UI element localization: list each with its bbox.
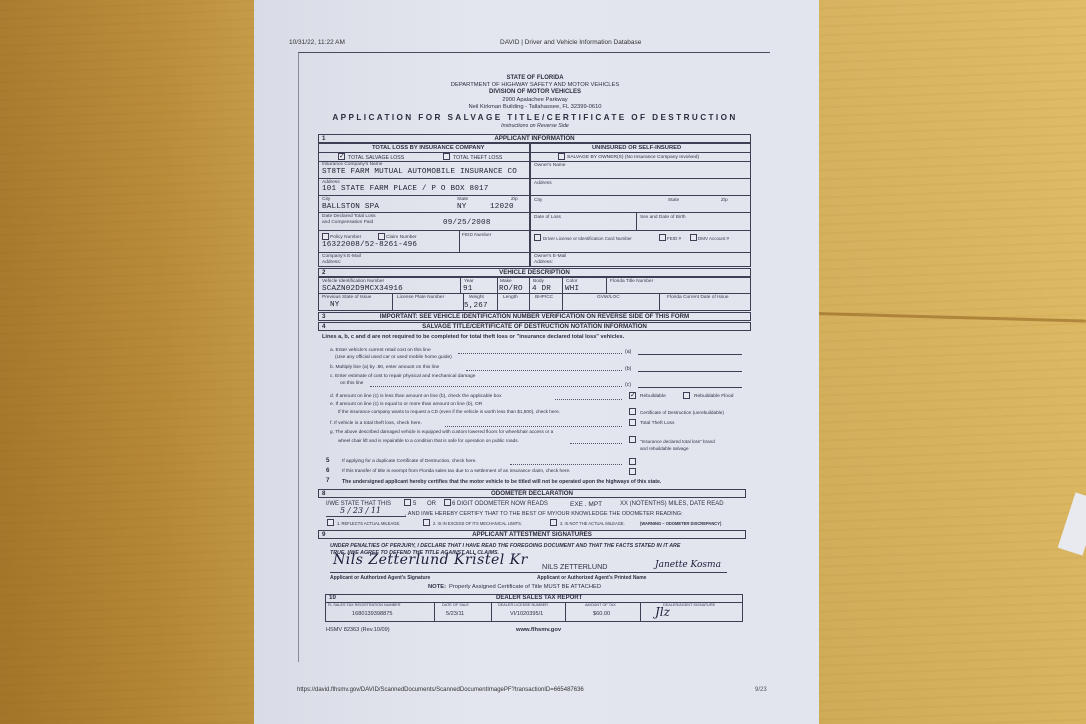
date-read-line bbox=[326, 516, 406, 517]
duplicate-cd-checkbox[interactable] bbox=[629, 458, 636, 465]
company-name-value: ST8TE FARM MUTUAL AUTOMOBILE INSURANCE C… bbox=[322, 168, 517, 176]
company-zip-label: Zip bbox=[511, 197, 518, 202]
rule bbox=[659, 293, 660, 311]
line-a-input[interactable] bbox=[638, 354, 742, 355]
year-label: Year bbox=[464, 279, 474, 284]
tax-registration-value: 1680139398875 bbox=[352, 611, 392, 617]
bhp-label: BHP/CC bbox=[535, 295, 553, 300]
section7-text: The undersigned applicant hereby certifi… bbox=[342, 479, 661, 485]
excess-limits-checkbox[interactable] bbox=[423, 519, 430, 526]
line-c-input[interactable] bbox=[638, 387, 742, 388]
plate-label: License Plate Number bbox=[397, 295, 444, 300]
company-zip-value: 12020 bbox=[490, 203, 514, 211]
tax-col-registration: FL SALES TAX REGISTRATION NUMBER bbox=[328, 603, 400, 607]
make-label: Make bbox=[500, 279, 512, 284]
five-digit-checkbox[interactable] bbox=[404, 499, 411, 506]
line-e-text: e. If amount on line (c) is equal to or … bbox=[330, 402, 482, 407]
signature-line bbox=[330, 572, 550, 573]
leader-dots bbox=[370, 386, 622, 387]
line-b-input[interactable] bbox=[638, 371, 742, 372]
fl-date-label: Florida Current Date of Issue bbox=[667, 295, 729, 300]
owner-feid-label: FEID # bbox=[667, 236, 681, 241]
actual-mileage-checkbox[interactable] bbox=[327, 519, 334, 526]
print-page-title: DAVID | Driver and Vehicle Information D… bbox=[500, 39, 641, 46]
owner-address-label: Address bbox=[534, 181, 552, 186]
section2-header: 2 VEHICLE DESCRIPTION bbox=[318, 268, 751, 277]
date-declared-label-2: and Compensation Paid bbox=[322, 220, 373, 225]
not-actual-label: 3. IS NOT THE ACTUAL MILEAGE. bbox=[560, 521, 625, 526]
date-read-value: 5 / 23 / 11 bbox=[340, 506, 381, 515]
signature-label: Applicant or Authorized Agent's Signatur… bbox=[330, 575, 430, 581]
tax-col-amount: AMOUNT OF TAX bbox=[585, 603, 616, 607]
rule bbox=[491, 602, 492, 622]
dmv-account-label: DMV Account # bbox=[698, 236, 729, 241]
note-text: Properly Assigned Certificate of Title M… bbox=[449, 584, 601, 590]
owner-email-label: Owner's E-Mail bbox=[534, 254, 566, 259]
tax-col-date: DATE OF SALE bbox=[442, 603, 469, 607]
note-prefix: NOTE: bbox=[428, 584, 446, 590]
policy-claim-value: 16322008/52-8261-496 bbox=[322, 241, 417, 249]
tax-date-value: 5/23/11 bbox=[446, 611, 464, 617]
line-c-text: c. Enter estimate of cost to repair phys… bbox=[330, 374, 475, 379]
prev-state-value: NY bbox=[330, 301, 340, 309]
form-number: HSMV 82363 (Rev.10/09) bbox=[326, 627, 390, 633]
rule bbox=[565, 602, 566, 622]
tax-col-license: DEALER LICENSE NUMBER bbox=[498, 603, 548, 607]
body-label: Body bbox=[533, 279, 544, 284]
rule bbox=[562, 293, 563, 311]
owner-title: UNINSURED OR SELF-INSURED bbox=[592, 145, 681, 151]
date-declared-value: 09/25/2008 bbox=[443, 219, 491, 227]
prev-state-label: Previous State of Issue bbox=[322, 295, 371, 300]
line-c-subtext: on this line bbox=[340, 381, 363, 386]
printed-name-label: Applicant or Authorized Agent's Printed … bbox=[537, 575, 646, 581]
actual-mileage-label: 1. REFLECTS ACTUAL MILEAGE. bbox=[337, 521, 400, 526]
salvage-by-owner-checkbox[interactable] bbox=[558, 153, 565, 160]
rule bbox=[640, 602, 641, 622]
leader-dots bbox=[510, 464, 622, 465]
applicant-signature: Nils Zetterlund Kristel Kr bbox=[333, 552, 528, 568]
certificate-destruction-checkbox[interactable] bbox=[629, 408, 636, 415]
rebuildable-flood-label: Rebuildable Flood bbox=[694, 394, 733, 399]
owner-zip-label: Zip bbox=[721, 198, 728, 203]
rule bbox=[318, 293, 751, 294]
weight-value: 5,267 bbox=[464, 302, 488, 310]
line-g-subtext: wheel chair lift and is repairable to a … bbox=[338, 438, 519, 443]
rule bbox=[529, 277, 530, 311]
line-a-subtext: (Use any official used car or used mobil… bbox=[335, 355, 452, 360]
section10-number: 10 bbox=[329, 594, 336, 601]
driver-license-checkbox[interactable] bbox=[534, 234, 541, 241]
section7-number: 7 bbox=[326, 477, 329, 484]
owner-state-label: State bbox=[668, 198, 679, 203]
leader-dots bbox=[458, 353, 622, 354]
line-b-tag: (b) bbox=[625, 366, 631, 372]
six-digit-label: 6 DIGIT ODOMETER NOW READS bbox=[452, 501, 548, 507]
line-f-text: f. If vehicle is a total theft loss, che… bbox=[330, 421, 422, 426]
printed-name-value: NILS ZETTERLUND bbox=[542, 562, 608, 571]
vin-value: SCAZN02D9MCX34916 bbox=[322, 285, 403, 293]
claim-number-checkbox[interactable] bbox=[378, 233, 385, 240]
line-a-tag: (a) bbox=[625, 349, 631, 355]
line-d-text: d. If amount on line (c) is less than am… bbox=[330, 394, 502, 399]
rule bbox=[434, 602, 435, 622]
address-line-1: 2900 Apalachee Parkway bbox=[300, 97, 770, 104]
section3-header: 3 IMPORTANT: SEE VEHICLE IDENTIFICATION … bbox=[318, 312, 751, 321]
salvage-by-owner-label: SALVAGE BY OWNER(S) (No Insurance Compan… bbox=[567, 155, 699, 160]
address-line-2: Neil Kirkman Building - Tallahassee, FL … bbox=[300, 104, 770, 111]
tax-license-value: VI/1020395/1 bbox=[510, 611, 543, 617]
print-url: https://david.flhsmv.gov/DAVID/ScannedDo… bbox=[297, 687, 584, 693]
company-state-value: NY bbox=[457, 203, 467, 211]
odometer-warning: (WARNING – ODOMETER DISCREPANCY) bbox=[640, 521, 721, 526]
certificate-destruction-label: Certificate of Destruction (unrebuildabl… bbox=[640, 410, 724, 415]
section5-text: If applying for a duplicate Certificate … bbox=[342, 459, 477, 464]
owner-name-label: Owner's Name bbox=[534, 163, 566, 168]
line-a-text: a. Enter vehicle's current retail cost o… bbox=[330, 348, 431, 353]
fl-title-number-label: Florida Title Number bbox=[610, 279, 653, 284]
or-label: OR bbox=[427, 501, 436, 507]
section5-number: 5 bbox=[326, 457, 329, 464]
rule bbox=[318, 178, 751, 179]
insurance-declared-label-2: and rebuildable salvage bbox=[640, 446, 689, 451]
company-email-label-2: Address: bbox=[322, 260, 341, 265]
perjury-statement: UNDER PENALTIES OF PERJURY, I DECLARE TH… bbox=[330, 543, 680, 549]
owner-email-label-2: Address: bbox=[534, 260, 553, 265]
weight-label: Weight bbox=[469, 295, 484, 300]
leader-dots bbox=[570, 443, 622, 444]
line-b-text: b. Multiply line (a) by .80, enter amoun… bbox=[330, 365, 439, 370]
total-theft-label: Total Theft Loss bbox=[640, 421, 674, 426]
gvw-label: GVW/LOC bbox=[597, 295, 620, 300]
section6-text: If this transfer of title is exempt from… bbox=[342, 469, 571, 474]
insurance-declared-checkbox[interactable] bbox=[629, 436, 636, 443]
line-e-subtext: If the insurance company wants to reques… bbox=[338, 409, 560, 414]
rule bbox=[318, 230, 751, 231]
company-address-value: 101 STATE FARM PLACE / P O BOX 8017 bbox=[322, 185, 489, 193]
total-theft-checkbox[interactable] bbox=[629, 419, 636, 426]
five-digit-label: 5 bbox=[413, 501, 416, 507]
rule bbox=[460, 277, 461, 293]
color-label: Color bbox=[566, 279, 577, 284]
policy-number-checkbox[interactable] bbox=[322, 233, 329, 240]
line-g-text: g. The above described damaged vehicle i… bbox=[330, 429, 553, 434]
form-title: APPLICATION FOR SALVAGE TITLE/CERTIFICAT… bbox=[300, 113, 770, 123]
date-of-loss-label: Date of Loss bbox=[534, 215, 561, 220]
total-salvage-loss-checkbox[interactable]: ✓ bbox=[338, 153, 345, 160]
section4-note: Lines a, b, c and d are not required to … bbox=[322, 334, 624, 340]
color-value: WHI bbox=[565, 285, 579, 293]
date-declared-label: Date Declared Total Loss bbox=[322, 214, 376, 219]
section8-header: 8 ODOMETER DECLARATION bbox=[318, 489, 746, 498]
rule bbox=[318, 195, 751, 196]
policy-number-label: Policy Number bbox=[330, 235, 361, 240]
section1-header: 1 APPLICANT INFORMATION bbox=[318, 134, 751, 143]
rule bbox=[636, 212, 637, 230]
instructions-note: Instructions on Reverse Side bbox=[300, 123, 770, 130]
company-city-value: BALLSTON SPA bbox=[322, 203, 379, 211]
insurance-title: TOTAL LOSS BY INSURANCE COMPANY bbox=[372, 145, 485, 151]
year-value: 91 bbox=[463, 285, 473, 293]
tax-col-signature: DEALER/AGENT SIGNATURE bbox=[663, 603, 715, 607]
rule bbox=[497, 293, 498, 311]
make-value: RO/RO bbox=[499, 285, 523, 293]
sex-dob-label: Sex and Date of Birth bbox=[640, 215, 686, 220]
company-city-label: City bbox=[322, 197, 330, 202]
rule bbox=[318, 152, 751, 153]
vin-label: Vehicle Identification Number bbox=[322, 279, 384, 284]
six-digit-checkbox[interactable] bbox=[444, 499, 451, 506]
odometer-line2: , AND I/WE HEREBY CERTIFY THAT TO THE BE… bbox=[405, 511, 683, 517]
rule bbox=[318, 161, 751, 162]
length-label: Length bbox=[503, 295, 518, 300]
section6-number: 6 bbox=[326, 467, 329, 474]
section9-header: 9 APPLICANT ATTESTMENT SIGNATURES bbox=[318, 530, 746, 539]
body-value: 4 DR bbox=[532, 285, 551, 293]
section4-header: 4 SALVAGE TITLE/CERTIFICATE OF DESTRUCTI… bbox=[318, 322, 751, 331]
rule bbox=[562, 277, 563, 293]
dealer-signature: Jlz bbox=[655, 605, 670, 619]
rule bbox=[392, 293, 393, 311]
division-name: DIVISION OF MOTOR VEHICLES bbox=[300, 89, 770, 96]
dmv-account-checkbox[interactable] bbox=[690, 234, 697, 241]
rule bbox=[459, 230, 460, 252]
website: www.flhsmv.gov bbox=[516, 627, 561, 633]
odometer-line1-b: XX (NOTENTHS) MILES, DATE READ bbox=[620, 501, 724, 507]
leader-dots bbox=[555, 399, 622, 400]
line-c-tag: (c) bbox=[625, 382, 631, 388]
feid-number-label: FEID Number bbox=[462, 233, 491, 238]
company-name-label: Insurance Company's Name bbox=[322, 162, 382, 167]
sales-tax-exempt-checkbox[interactable] bbox=[629, 468, 636, 475]
not-actual-checkbox[interactable] bbox=[550, 519, 557, 526]
rebuildable-label: Rebuildable bbox=[640, 394, 666, 399]
leader-dots bbox=[445, 426, 622, 427]
leader-dots bbox=[466, 370, 622, 371]
excess-limits-label: 2. IS IN EXCESS OF ITS MECHANICAL LIMITS… bbox=[433, 521, 522, 526]
section10-title: DEALER SALES TAX REPORT bbox=[496, 595, 582, 601]
tax-amount-value: $60.00 bbox=[593, 611, 610, 617]
print-datetime: 10/31/22, 11:22 AM bbox=[289, 39, 345, 46]
rule bbox=[606, 277, 607, 293]
print-page-number: 9/23 bbox=[755, 687, 767, 693]
rule bbox=[318, 252, 751, 253]
company-email-label: Company's E-Mail bbox=[322, 254, 361, 259]
form-header: STATE OF FLORIDA DEPARTMENT OF HIGHWAY S… bbox=[300, 75, 770, 130]
rebuildable-flood-checkbox[interactable] bbox=[683, 392, 690, 399]
state-name: STATE OF FLORIDA bbox=[300, 75, 770, 82]
printed-name-extra: Janette Kosma bbox=[655, 560, 721, 570]
driver-license-label: Driver License or Identification Card Nu… bbox=[543, 236, 632, 241]
printed-name-line bbox=[537, 572, 727, 573]
rebuildable-checkbox[interactable]: ✓ bbox=[629, 392, 636, 399]
company-state-label: State bbox=[457, 197, 468, 202]
odometer-reading: EXE . MPT bbox=[570, 501, 602, 508]
department-name: DEPARTMENT OF HIGHWAY SAFETY AND MOTOR V… bbox=[300, 82, 770, 89]
claim-number-label: Claim Number bbox=[386, 235, 417, 240]
owner-feid-checkbox[interactable] bbox=[659, 234, 666, 241]
total-theft-loss-checkbox[interactable] bbox=[443, 153, 450, 160]
rule bbox=[497, 277, 498, 293]
owner-city-label: City bbox=[534, 198, 542, 203]
insurance-declared-label: "Insurance declared total loss" brand bbox=[640, 439, 715, 444]
rule bbox=[318, 212, 751, 213]
